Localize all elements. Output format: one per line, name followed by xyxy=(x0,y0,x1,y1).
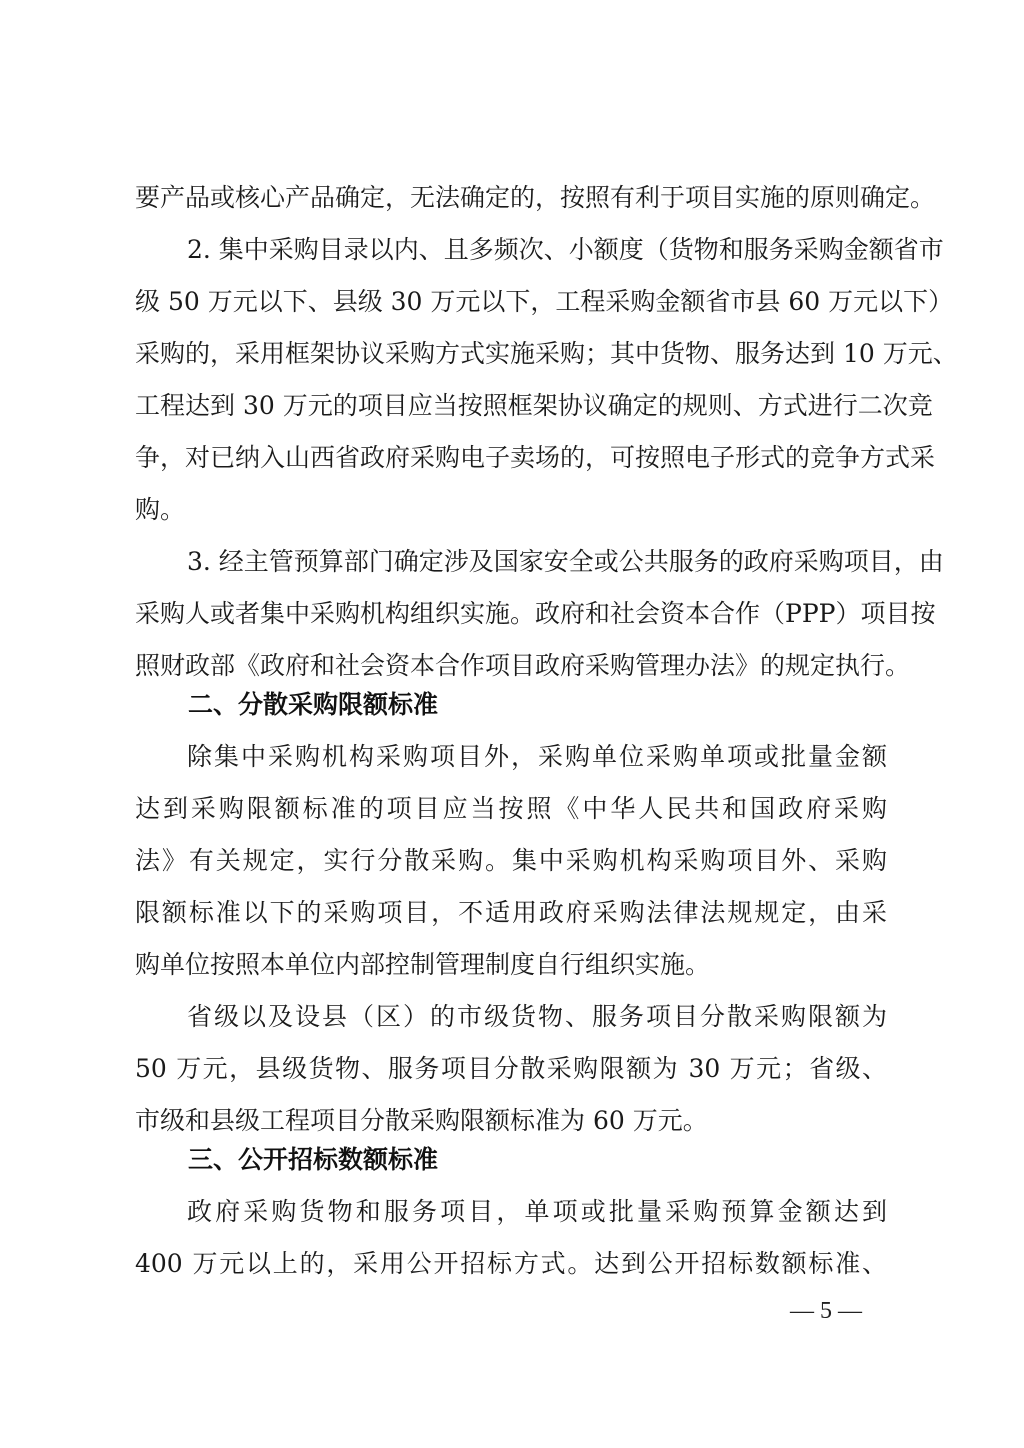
paragraph-line: 50 万元，县级货物、服务项目分散采购限额为 30 万元；省级、 xyxy=(135,1052,887,1086)
paragraph-line: 照财政部《政府和社会资本合作项目政府采购管理办法》的规定执行。 xyxy=(135,649,887,683)
paragraph-line: 达到采购限额标准的项目应当按照《中华人民共和国政府采购 xyxy=(135,792,887,826)
paragraph-line: 购。 xyxy=(135,493,887,527)
paragraph-line: 采购的，采用框架协议采购方式实施采购；其中货物、服务达到 10 万元、 xyxy=(135,337,887,371)
paragraph-line: 2. 集中采购目录以内、且多频次、小额度（货物和服务采购金额省市 xyxy=(187,233,887,267)
paragraph-line: 3. 经主管预算部门确定涉及国家安全或公共服务的政府采购项目，由 xyxy=(187,545,887,579)
paragraph-line: 市级和县级工程项目分散采购限额标准为 60 万元。 xyxy=(135,1104,887,1138)
paragraph-line: 政府采购货物和服务项目，单项或批量采购预算金额达到 xyxy=(187,1195,887,1229)
paragraph-line: 争，对已纳入山西省政府采购电子卖场的，可按照电子形式的竞争方式采 xyxy=(135,441,887,475)
paragraph-line: 除集中采购机构采购项目外，采购单位采购单项或批量金额 xyxy=(187,740,887,774)
section-heading: 二、分散采购限额标准 xyxy=(188,688,438,722)
paragraph-line: 法》有关规定，实行分散采购。集中采购机构采购项目外、采购 xyxy=(135,844,887,878)
document-page: 要产品或核心产品确定，无法确定的，按照有利于项目实施的原则确定。 2. 集中采购… xyxy=(0,0,1024,1448)
section-heading: 三、公开招标数额标准 xyxy=(188,1143,438,1177)
paragraph-line: 限额标准以下的采购项目，不适用政府采购法律法规规定，由采 xyxy=(135,896,887,930)
paragraph-line: 省级以及设县（区）的市级货物、服务项目分散采购限额为 xyxy=(187,1000,887,1034)
paragraph-line: 采购人或者集中采购机构组织实施。政府和社会资本合作（PPP）项目按 xyxy=(135,597,887,631)
paragraph-line: 要产品或核心产品确定，无法确定的，按照有利于项目实施的原则确定。 xyxy=(135,181,887,215)
paragraph-line: 级 50 万元以下、县级 30 万元以下，工程采购金额省市县 60 万元以下） xyxy=(135,285,887,319)
page-number: — 5 — xyxy=(790,1296,862,1326)
paragraph-line: 400 万元以上的，采用公开招标方式。达到公开招标数额标准、 xyxy=(135,1247,887,1281)
paragraph-line: 购单位按照本单位内部控制管理制度自行组织实施。 xyxy=(135,948,887,982)
paragraph-line: 工程达到 30 万元的项目应当按照框架协议确定的规则、方式进行二次竞 xyxy=(135,389,887,423)
